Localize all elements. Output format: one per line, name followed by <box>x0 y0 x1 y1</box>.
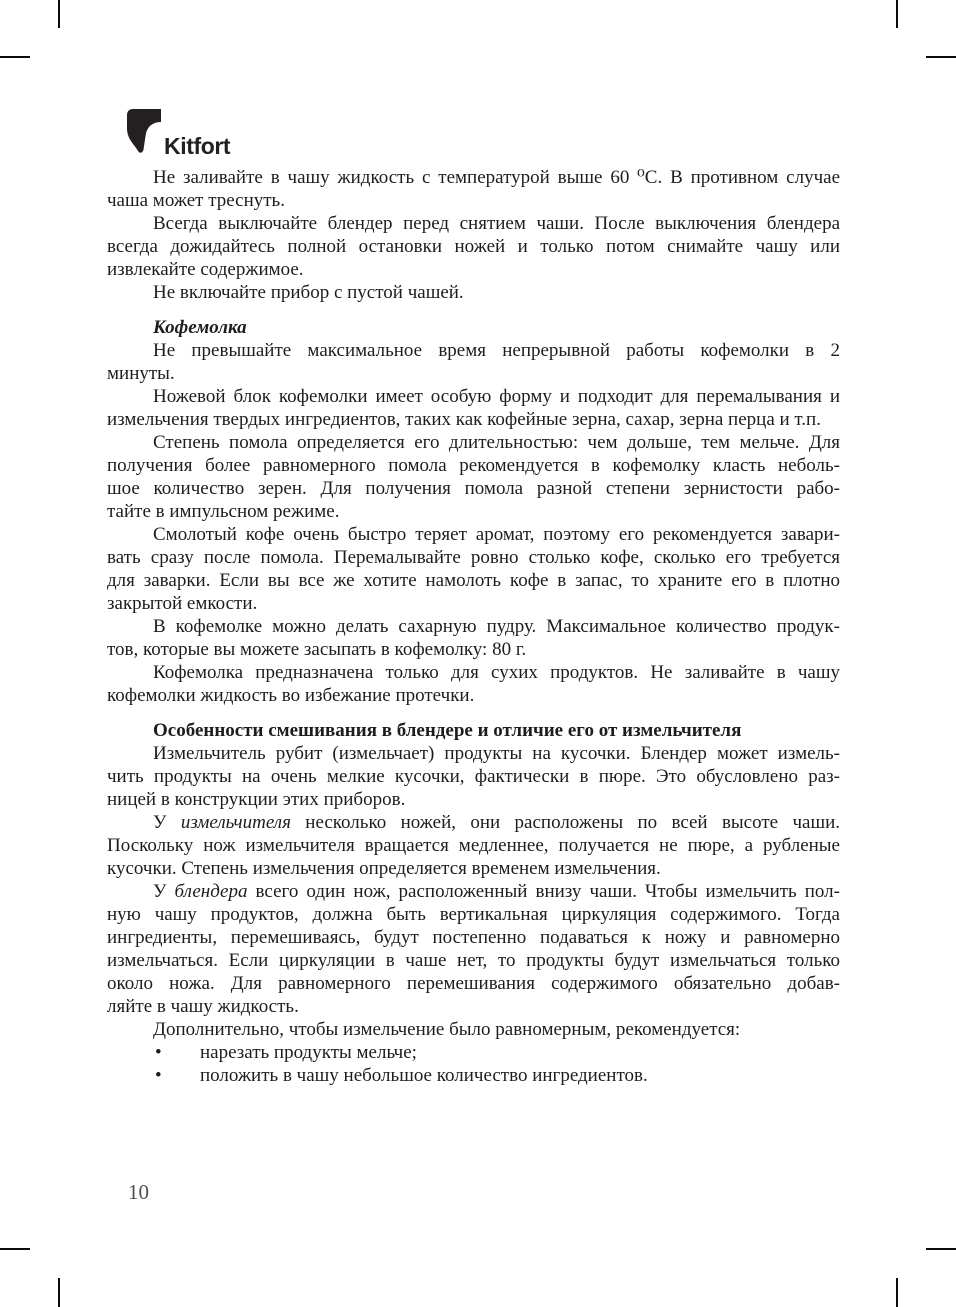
crop-mark-bottom-left-vertical <box>58 1278 60 1307</box>
text-line: кусочки. Степень измельчения определяетс… <box>107 857 840 880</box>
paragraph: Кофемолка предназначена только для сухих… <box>107 661 840 707</box>
text-line: Не включайте прибор с пустой чашей. <box>107 281 840 304</box>
crop-mark-top-right-horizontal <box>926 56 956 58</box>
crop-mark-bottom-left-horizontal <box>0 1248 30 1250</box>
paragraph: Степень помола определяется его длительн… <box>107 431 840 523</box>
text-line: шое количество зерен. Для получения помо… <box>107 477 840 500</box>
text-line: Не заливайте в чашу жидкость с температу… <box>107 166 840 189</box>
text-line: получения более равномерного помола реко… <box>107 454 840 477</box>
brand-name: Kitfort <box>164 135 230 157</box>
text-line: ницей в конструкции этих приборов. <box>107 788 840 811</box>
text-line: Кофемолка предназначена только для сухих… <box>107 661 840 684</box>
paragraph: Не превышайте максимальное время непреры… <box>107 339 840 385</box>
text-line: для заварки. Если вы все же хотите намол… <box>107 569 840 592</box>
bullet-text: положить в чашу небольшое количество инг… <box>200 1065 648 1086</box>
text-line: тайте в импульсном режиме. <box>107 500 840 523</box>
kitfort-logo: Kitfort <box>127 109 230 156</box>
paragraph: Дополнительно, чтобы измельчение было ра… <box>107 1018 840 1041</box>
section-heading-coffee-grinder: Кофемолка <box>107 316 840 339</box>
text-line: всегда дожидайтесь полной остановки ноже… <box>107 235 840 258</box>
page: { "page": { "number": "10", "background_… <box>0 0 956 1307</box>
text-line: около ножа. Для равномерного перемешиван… <box>107 972 840 995</box>
text-line: минуты. <box>107 362 840 385</box>
text-line: измельчения твердых ингредиентов, таких … <box>107 408 840 431</box>
text-line: Поскольку нож измельчителя вращается мед… <box>107 834 840 857</box>
text-line: тов, которые вы можете засыпать в кофемо… <box>107 638 840 661</box>
text-line: Смолотый кофе очень быстро теряет аромат… <box>107 523 840 546</box>
text-line: кофемолки жидкость во избежание протечки… <box>107 684 840 707</box>
paragraph: Не заливайте в чашу жидкость с температу… <box>107 166 840 212</box>
kitfort-flag-icon <box>127 109 161 156</box>
text-line: ингредиенты, перемешиваясь, будут постеп… <box>107 926 840 949</box>
paragraph: Ножевой блок кофемолки имеет особую форм… <box>107 385 840 431</box>
paragraph: Всегда выключайте блендер перед снятием … <box>107 212 840 281</box>
text-line: Степень помола определяется его длительн… <box>107 431 840 454</box>
paragraph: В кофемолке можно делать сахарную пудру.… <box>107 615 840 661</box>
text-line: Ножевой блок кофемолки имеет особую форм… <box>107 385 840 408</box>
crop-mark-top-left-vertical <box>58 0 60 28</box>
crop-mark-bottom-right-horizontal <box>926 1248 956 1250</box>
section-heading-blending-features: Особенности смешивания в блендере и отли… <box>107 719 840 742</box>
bullet-dot: • <box>155 1041 200 1064</box>
text-line: чить продукты на очень мелкие кусочки, ф… <box>107 765 840 788</box>
paragraph: Не включайте прибор с пустой чашей. <box>107 281 840 304</box>
text-line: ляйте в чашу жидкость. <box>107 995 840 1018</box>
bullet-dot: • <box>155 1064 200 1087</box>
paragraph: Измельчитель рубит (измельчает) продукты… <box>107 742 840 811</box>
text-line: Измельчитель рубит (измельчает) продукты… <box>107 742 840 765</box>
bullet-item: •нарезать продукты мельче; <box>107 1041 840 1064</box>
paragraph: Смолотый кофе очень быстро теряет аромат… <box>107 523 840 615</box>
text-line: В кофемолке можно делать сахарную пудру.… <box>107 615 840 638</box>
text-line: У измельчителя несколько ножей, они расп… <box>107 811 840 834</box>
crop-mark-top-right-vertical <box>896 0 898 28</box>
text-line: Всегда выключайте блендер перед снятием … <box>107 212 840 235</box>
crop-mark-bottom-right-vertical <box>896 1278 898 1307</box>
text-line: закрытой емкости. <box>107 592 840 615</box>
bullet-item: •положить в чашу небольшое количество ин… <box>107 1064 840 1087</box>
crop-mark-top-left-horizontal <box>0 56 30 58</box>
text-line: Не превышайте максимальное время непреры… <box>107 339 840 362</box>
bullet-text: нарезать продукты мельче; <box>200 1042 417 1063</box>
text-line: извлекайте содержимое. <box>107 258 840 281</box>
text-line: Дополнительно, чтобы измельчение было ра… <box>107 1018 840 1041</box>
document-body: Не заливайте в чашу жидкость с температу… <box>107 166 840 1087</box>
page-number: 10 <box>128 1180 149 1204</box>
text-line: измельчаться. Если циркуляции в чаше нет… <box>107 949 840 972</box>
text-line: У блендера всего один нож, расположенный… <box>107 880 840 903</box>
text-line: вать сразу после помола. Перемалывайте р… <box>107 546 840 569</box>
paragraph: У измельчителя несколько ножей, они расп… <box>107 811 840 880</box>
text-line: ную чашу продуктов, должна быть вертикал… <box>107 903 840 926</box>
paragraph: У блендера всего один нож, расположенный… <box>107 880 840 1018</box>
text-line: чаша может треснуть. <box>107 189 840 212</box>
